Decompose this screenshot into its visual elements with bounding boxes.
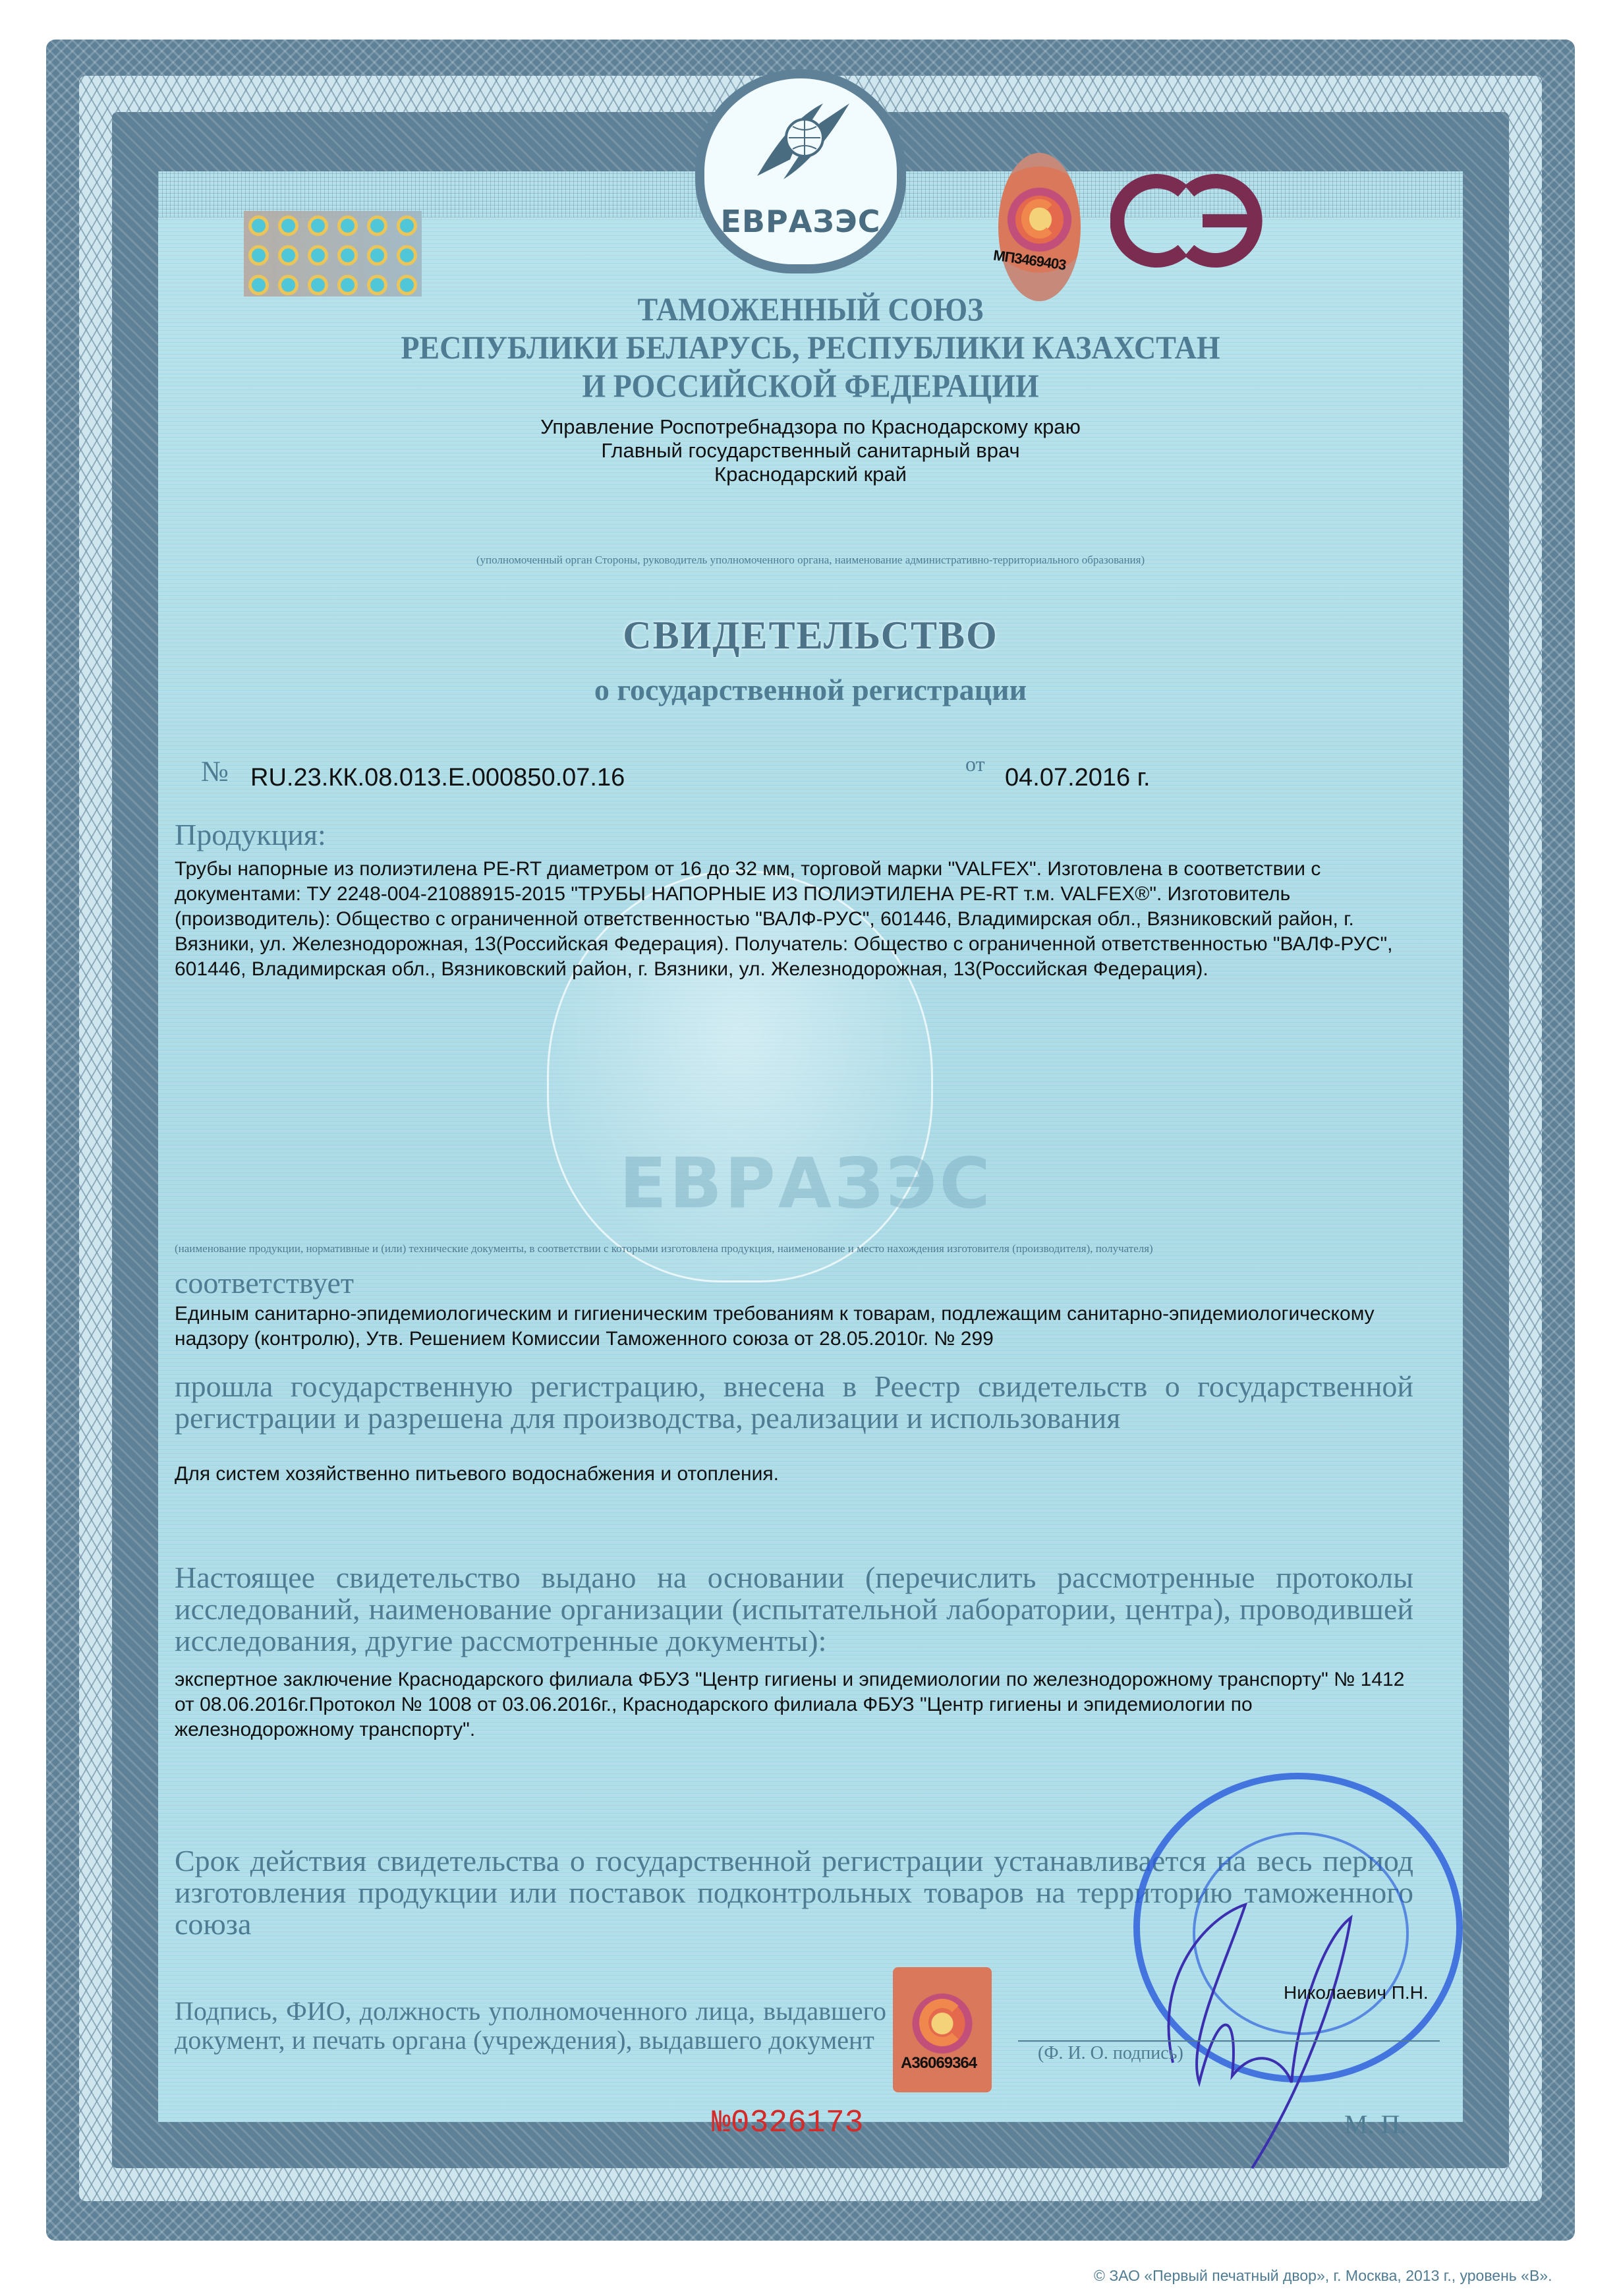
- se-conformity-mark-icon: [1110, 168, 1268, 273]
- union-title-line: ТАМОЖЕННЫЙ СОЮЗ: [210, 290, 1411, 328]
- registration-statement: прошла государственную регистрацию, внес…: [175, 1371, 1413, 1434]
- registration-number: RU.23.КК.08.013.Е.000850.07.16: [250, 764, 625, 792]
- compliance-label: соответствует: [175, 1265, 354, 1300]
- signer-name: Николаевич П.Н.: [1284, 1982, 1429, 2003]
- signature-label: Подпись, ФИО, должность уполномоченного …: [175, 1997, 886, 2055]
- product-label: Продукция:: [175, 817, 326, 852]
- registration-date: 04.07.2016 г.: [1005, 764, 1150, 792]
- date-prefix: от: [965, 752, 985, 776]
- basis-text: экспертное заключение Краснодарского фил…: [175, 1667, 1413, 1742]
- compliance-text: Единым санитарно-эпидемиологическим и ги…: [175, 1302, 1413, 1352]
- basis-label: Настоящее свидетельство выдано на основа…: [175, 1562, 1413, 1657]
- printer-note: © ЗАО «Первый печатный двор», г. Москва,…: [1094, 2267, 1552, 2285]
- issuing-authority: Управление Роспотребнадзора по Краснодар…: [158, 415, 1463, 486]
- product-description: Трубы напорные из полиэтилена PE-RT диам…: [175, 857, 1413, 982]
- registration-scope: Для систем хозяйственно питьевого водосн…: [175, 1462, 1413, 1487]
- hologram-serial-bottom: А36069364: [901, 2054, 977, 2073]
- number-sign: №: [201, 755, 229, 788]
- hologram-seal-bottom: А36069364: [893, 1967, 992, 2092]
- seal-place-label: М. П.: [1344, 2109, 1406, 2140]
- evrazes-logo-icon: [751, 97, 856, 183]
- authority-line: Краснодарский край: [158, 463, 1463, 486]
- authority-footnote: (уполномоченный орган Стороны, руководит…: [158, 554, 1463, 567]
- document-title: СВИДЕТЕЛЬСТВО: [158, 613, 1463, 658]
- sanitary-c-icon: [919, 1999, 965, 2046]
- form-serial-number: №0326173: [712, 2106, 863, 2141]
- evrazes-emblem: ЕВРАЗЭС: [695, 69, 906, 273]
- product-footnote: (наименование продукции, нормативные и (…: [175, 1242, 1427, 1255]
- hologram-seal-top: МП3469403: [998, 153, 1081, 301]
- document-subtitle: о государственной регистрации: [158, 672, 1463, 707]
- hologram-strip: [244, 211, 422, 297]
- sanitary-c-icon: [1021, 199, 1058, 239]
- evrazes-label: ЕВРАЗЭС: [721, 204, 881, 239]
- authority-line: Управление Роспотребнадзора по Краснодар…: [158, 415, 1463, 439]
- watermark-text: ЕВРАЗЭС: [619, 1143, 993, 1224]
- union-title-line: И РОССИЙСКОЙ ФЕДЕРАЦИИ: [210, 366, 1411, 405]
- union-title: ТАМОЖЕННЫЙ СОЮЗ РЕСПУБЛИКИ БЕЛАРУСЬ, РЕС…: [210, 290, 1411, 405]
- union-title-line: РЕСПУБЛИКИ БЕЛАРУСЬ, РЕСПУБЛИКИ КАЗАХСТА…: [210, 328, 1411, 366]
- signature-line: [1018, 2040, 1440, 2042]
- signature-caption: (Ф. И. О. подпись): [1038, 2043, 1183, 2064]
- authority-line: Главный государственный санитарный врач: [158, 439, 1463, 463]
- registration-number-row: № RU.23.КК.08.013.Е.000850.07.16 от 04.0…: [201, 755, 1255, 794]
